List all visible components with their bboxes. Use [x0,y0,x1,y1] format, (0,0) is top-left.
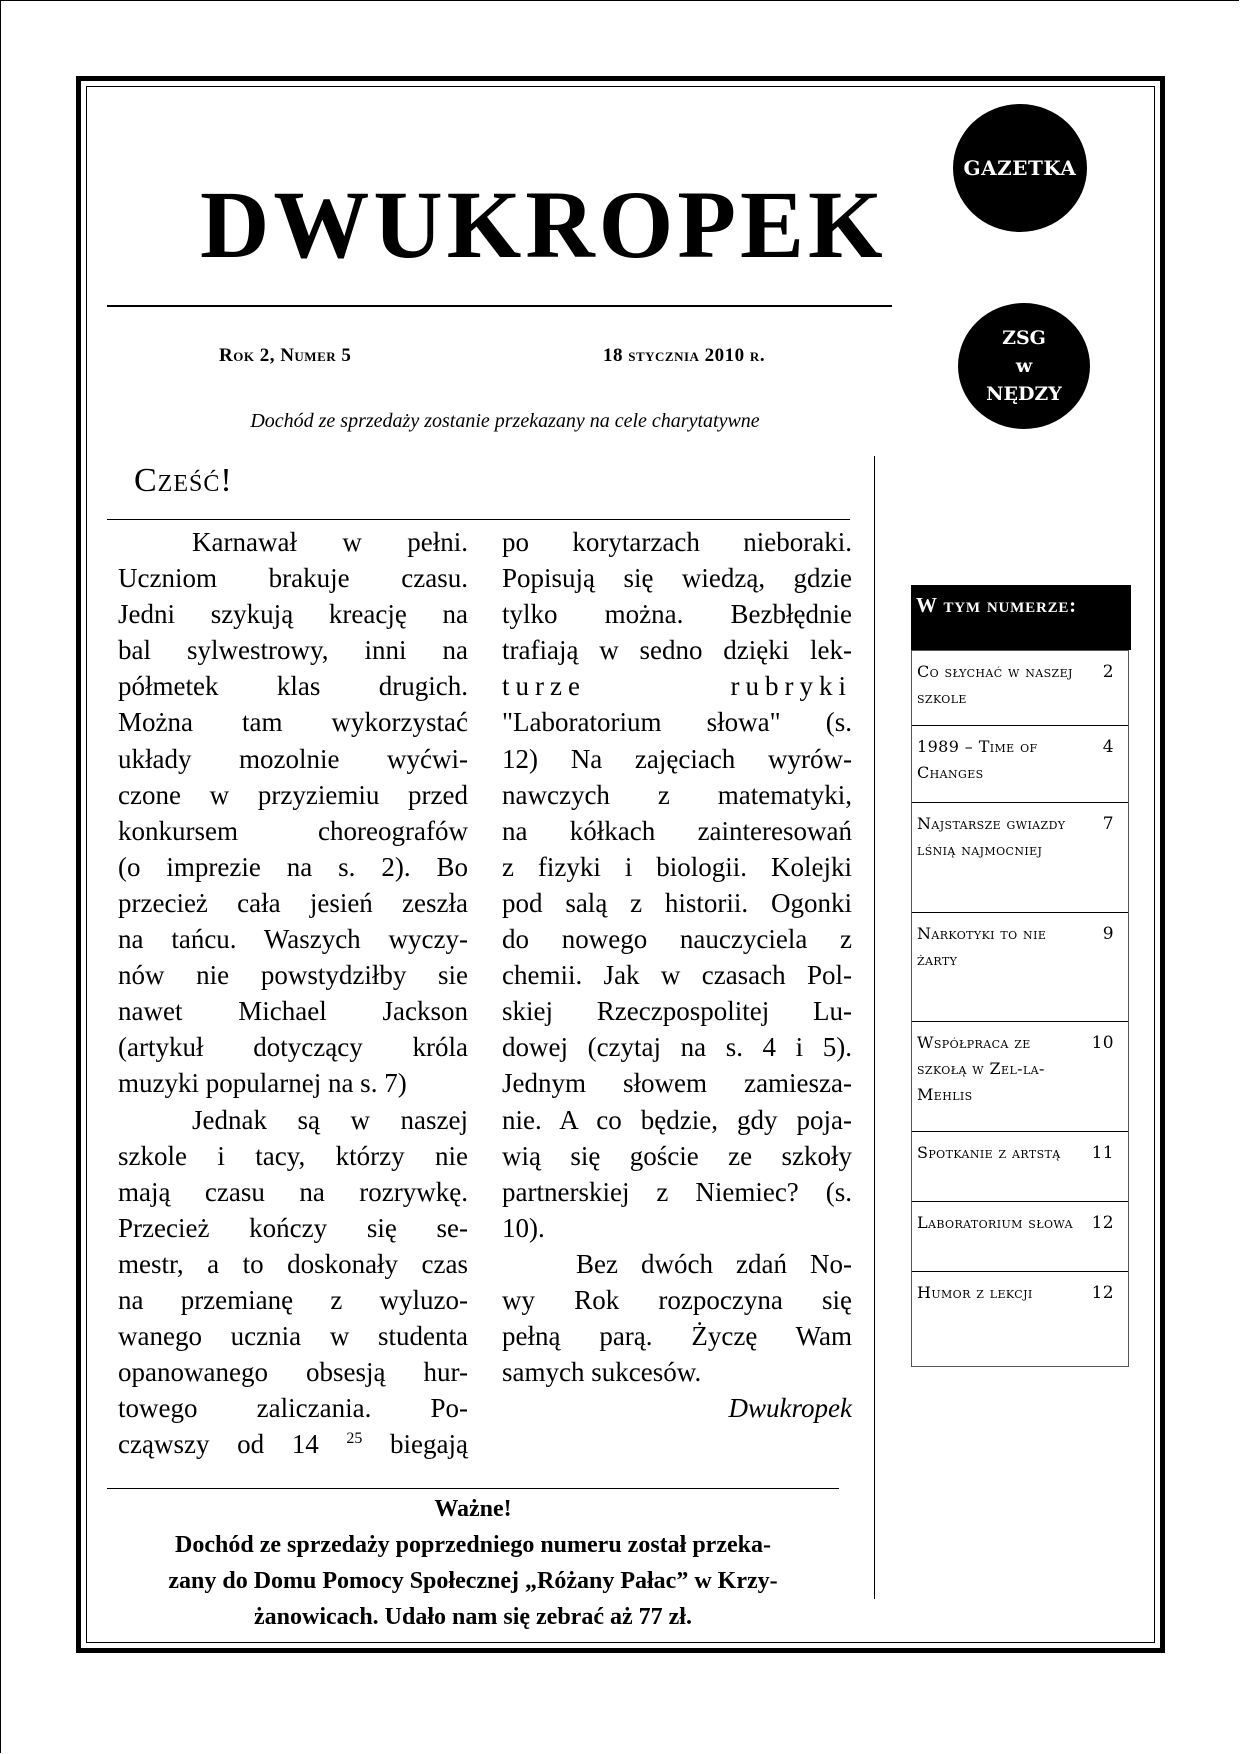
text-line: do nowego nauczyciela z [502,921,852,957]
school-badge-line-2: w [1016,352,1032,380]
article-signature: Dwukropek [502,1390,852,1426]
text-line: Karnawał w pełni. [118,524,468,560]
important-notice: Ważne! Dochód ze sprzedaży poprzedniego … [107,1491,839,1635]
toc-item-page: 12 [1092,1280,1114,1306]
text-line: wanego ucznia w studenta [118,1318,468,1354]
gazetka-badge-label: GAZETKA [964,156,1077,180]
toc-item-page: 11 [1092,1140,1114,1166]
notice-line: zany do Domu Pomocy Społecznej „Różany P… [107,1563,839,1599]
notice-heading: Ważne! [107,1491,839,1527]
toc-list: Co słychać w naszej szkole 2 1989 – Time… [911,650,1129,1367]
time-superscript: 25 [346,1430,362,1447]
text-line: nie. A co będzie, gdy poja- [502,1102,852,1138]
toc-item-label: Laboratorium słowa [917,1210,1082,1236]
article-column-2: po korytarzach nieboraki. Popisują się w… [502,524,852,1426]
newspaper-title: DWUKROPEK [200,170,820,280]
text-line: chemii. Jak w czasach Pol- [502,957,852,993]
toc-item-page: 4 [1103,734,1114,760]
toc-item-page: 10 [1092,1030,1114,1056]
toc-item-label: Narkotyki to nie żarty [917,921,1082,973]
table-of-contents: W tym numerze: Co słychać w naszej szkol… [911,585,1129,1367]
issue-date: 18 stycznia 2010 r. [603,345,765,367]
text-line: konkursem choreografów [118,813,468,849]
toc-item[interactable]: Humor z lekcji 12 [912,1271,1128,1366]
toc-item[interactable]: 1989 – Time of Changes 4 [912,725,1128,802]
article-title-rule [107,519,850,520]
text-line: (artykuł dotyczący króla [118,1029,468,1065]
text-line: Uczniom brakuje czasu. [118,560,468,596]
text-line: Można tam wykorzystać [118,704,468,740]
text-line: dowej (czytaj na s. 4 i 5). [502,1029,852,1065]
toc-item[interactable]: Narkotyki to nie żarty 9 [912,912,1128,1021]
text-line: bal sylwestrowy, inni na [118,632,468,668]
text-line: mają czasu na rozrywkę. [118,1174,468,1210]
text-line: na kółkach zainteresowań [502,813,852,849]
notice-rule [107,1488,839,1489]
text-line: na tańcu. Waszych wyczy- [118,921,468,957]
text-line: układy mozolnie wyćwi- [118,741,468,777]
toc-item-label: Humor z lekcji [917,1280,1082,1306]
notice-line: żanowicach. Udało nam się zebrać aż 77 z… [107,1599,839,1635]
text-line: skiej Rzeczpospolitej Lu- [502,993,852,1029]
text-line: nawet Michael Jackson [118,993,468,1029]
text-fragment: biegają [390,1429,468,1459]
article-column-1: Karnawał w pełni. Uczniom brakuje czasu.… [118,524,468,1462]
text-line: "Laboratorium słowa" (s. [502,704,852,740]
notice-line: Dochód ze sprzedaży poprzedniego numeru … [107,1527,839,1563]
toc-item-page: 12 [1092,1210,1114,1236]
toc-header: W tym numerze: [911,585,1131,650]
toc-item[interactable]: Najstarsze gwiazdy lśnią najmocniej 7 [912,802,1128,912]
text-line: opanowanego obsesją hur- [118,1354,468,1390]
text-line: turze rubryki [502,668,852,704]
text-line: nów nie powstydziłby sie [118,957,468,993]
text-line: muzyki popularnej na s. 7) [118,1065,468,1101]
text-line: nawczych z matematyki, [502,777,852,813]
toc-item-label: Współpraca ze szkołą w Zel-la-Mehlis [917,1030,1082,1108]
text-line: trafiają w sedno dzięki lek- [502,632,852,668]
text-line: Jedni szykują kreację na [118,596,468,632]
toc-item[interactable]: Co słychać w naszej szkole 2 [912,650,1128,725]
toc-item[interactable]: Spotkanie z artstą 11 [912,1131,1128,1201]
school-badge-line-3: NĘDZY [986,380,1062,408]
text-line: towego zaliczania. Po- [118,1390,468,1426]
text-line: 10). [502,1210,852,1246]
text-line: partnerskiej z Niemiec? (s. [502,1174,852,1210]
text-line: na przemianę z wyluzo- [118,1282,468,1318]
text-line: cząwszy od 14 25 biegają [118,1426,468,1462]
toc-item[interactable]: Współpraca ze szkołą w Zel-la-Mehlis 10 [912,1021,1128,1131]
text-line: Jednak są w naszej [118,1102,468,1138]
column-divider [874,456,875,1599]
text-line: pełną parą. Życzę Wam [502,1318,852,1354]
text-line: mestr, a to doskonały czas [118,1246,468,1282]
toc-item-label: 1989 – Time of Changes [917,734,1082,786]
text-line: z fizyki i biologii. Kolejki [502,849,852,885]
article-title: Cześć! [134,462,233,500]
toc-item-page: 2 [1103,659,1114,685]
toc-item-label: Co słychać w naszej szkole [917,659,1082,711]
text-line: pod salą z historii. Ogonki [502,885,852,921]
text-line: wy Rok rozpoczyna się [502,1282,852,1318]
toc-item[interactable]: Laboratorium słowa 12 [912,1201,1128,1271]
text-line: półmetek klas drugich. [118,668,468,704]
text-line: przecież cała jesień zeszła [118,885,468,921]
text-line: Bez dwóch zdań No- [502,1246,852,1282]
charity-tagline: Dochód ze sprzedaży zostanie przekazany … [150,410,860,433]
text-line: tylko można. Bezbłędnie [502,596,852,632]
text-line: szkole i tacy, którzy nie [118,1138,468,1174]
text-line: (o imprezie na s. 2). Bo [118,849,468,885]
school-badge: ZSG w NĘDZY [958,303,1090,429]
toc-item-page: 9 [1103,921,1114,947]
school-badge-line-1: ZSG [1002,324,1046,352]
text-line: samych sukcesów. [502,1354,852,1390]
title-rule [107,305,892,307]
text-line: Popisują się wiedzą, gdzie [502,560,852,596]
text-line: 12) Na zajęciach wyrów- [502,741,852,777]
toc-item-label: Najstarsze gwiazdy lśnią najmocniej [917,811,1082,863]
toc-item-page: 7 [1103,811,1114,837]
text-line: Przecież kończy się se- [118,1210,468,1246]
text-fragment: cząwszy od 14 [118,1429,319,1459]
text-line: wią się goście ze szkoły [502,1138,852,1174]
text-line: po korytarzach nieboraki. [502,524,852,560]
issue-number: Rok 2, Numer 5 [219,345,351,367]
toc-item-label: Spotkanie z artstą [917,1140,1082,1166]
text-line: Jednym słowem zamiesza- [502,1065,852,1101]
gazetka-badge: GAZETKA [953,104,1087,232]
text-line: czone w przyziemiu przed [118,777,468,813]
